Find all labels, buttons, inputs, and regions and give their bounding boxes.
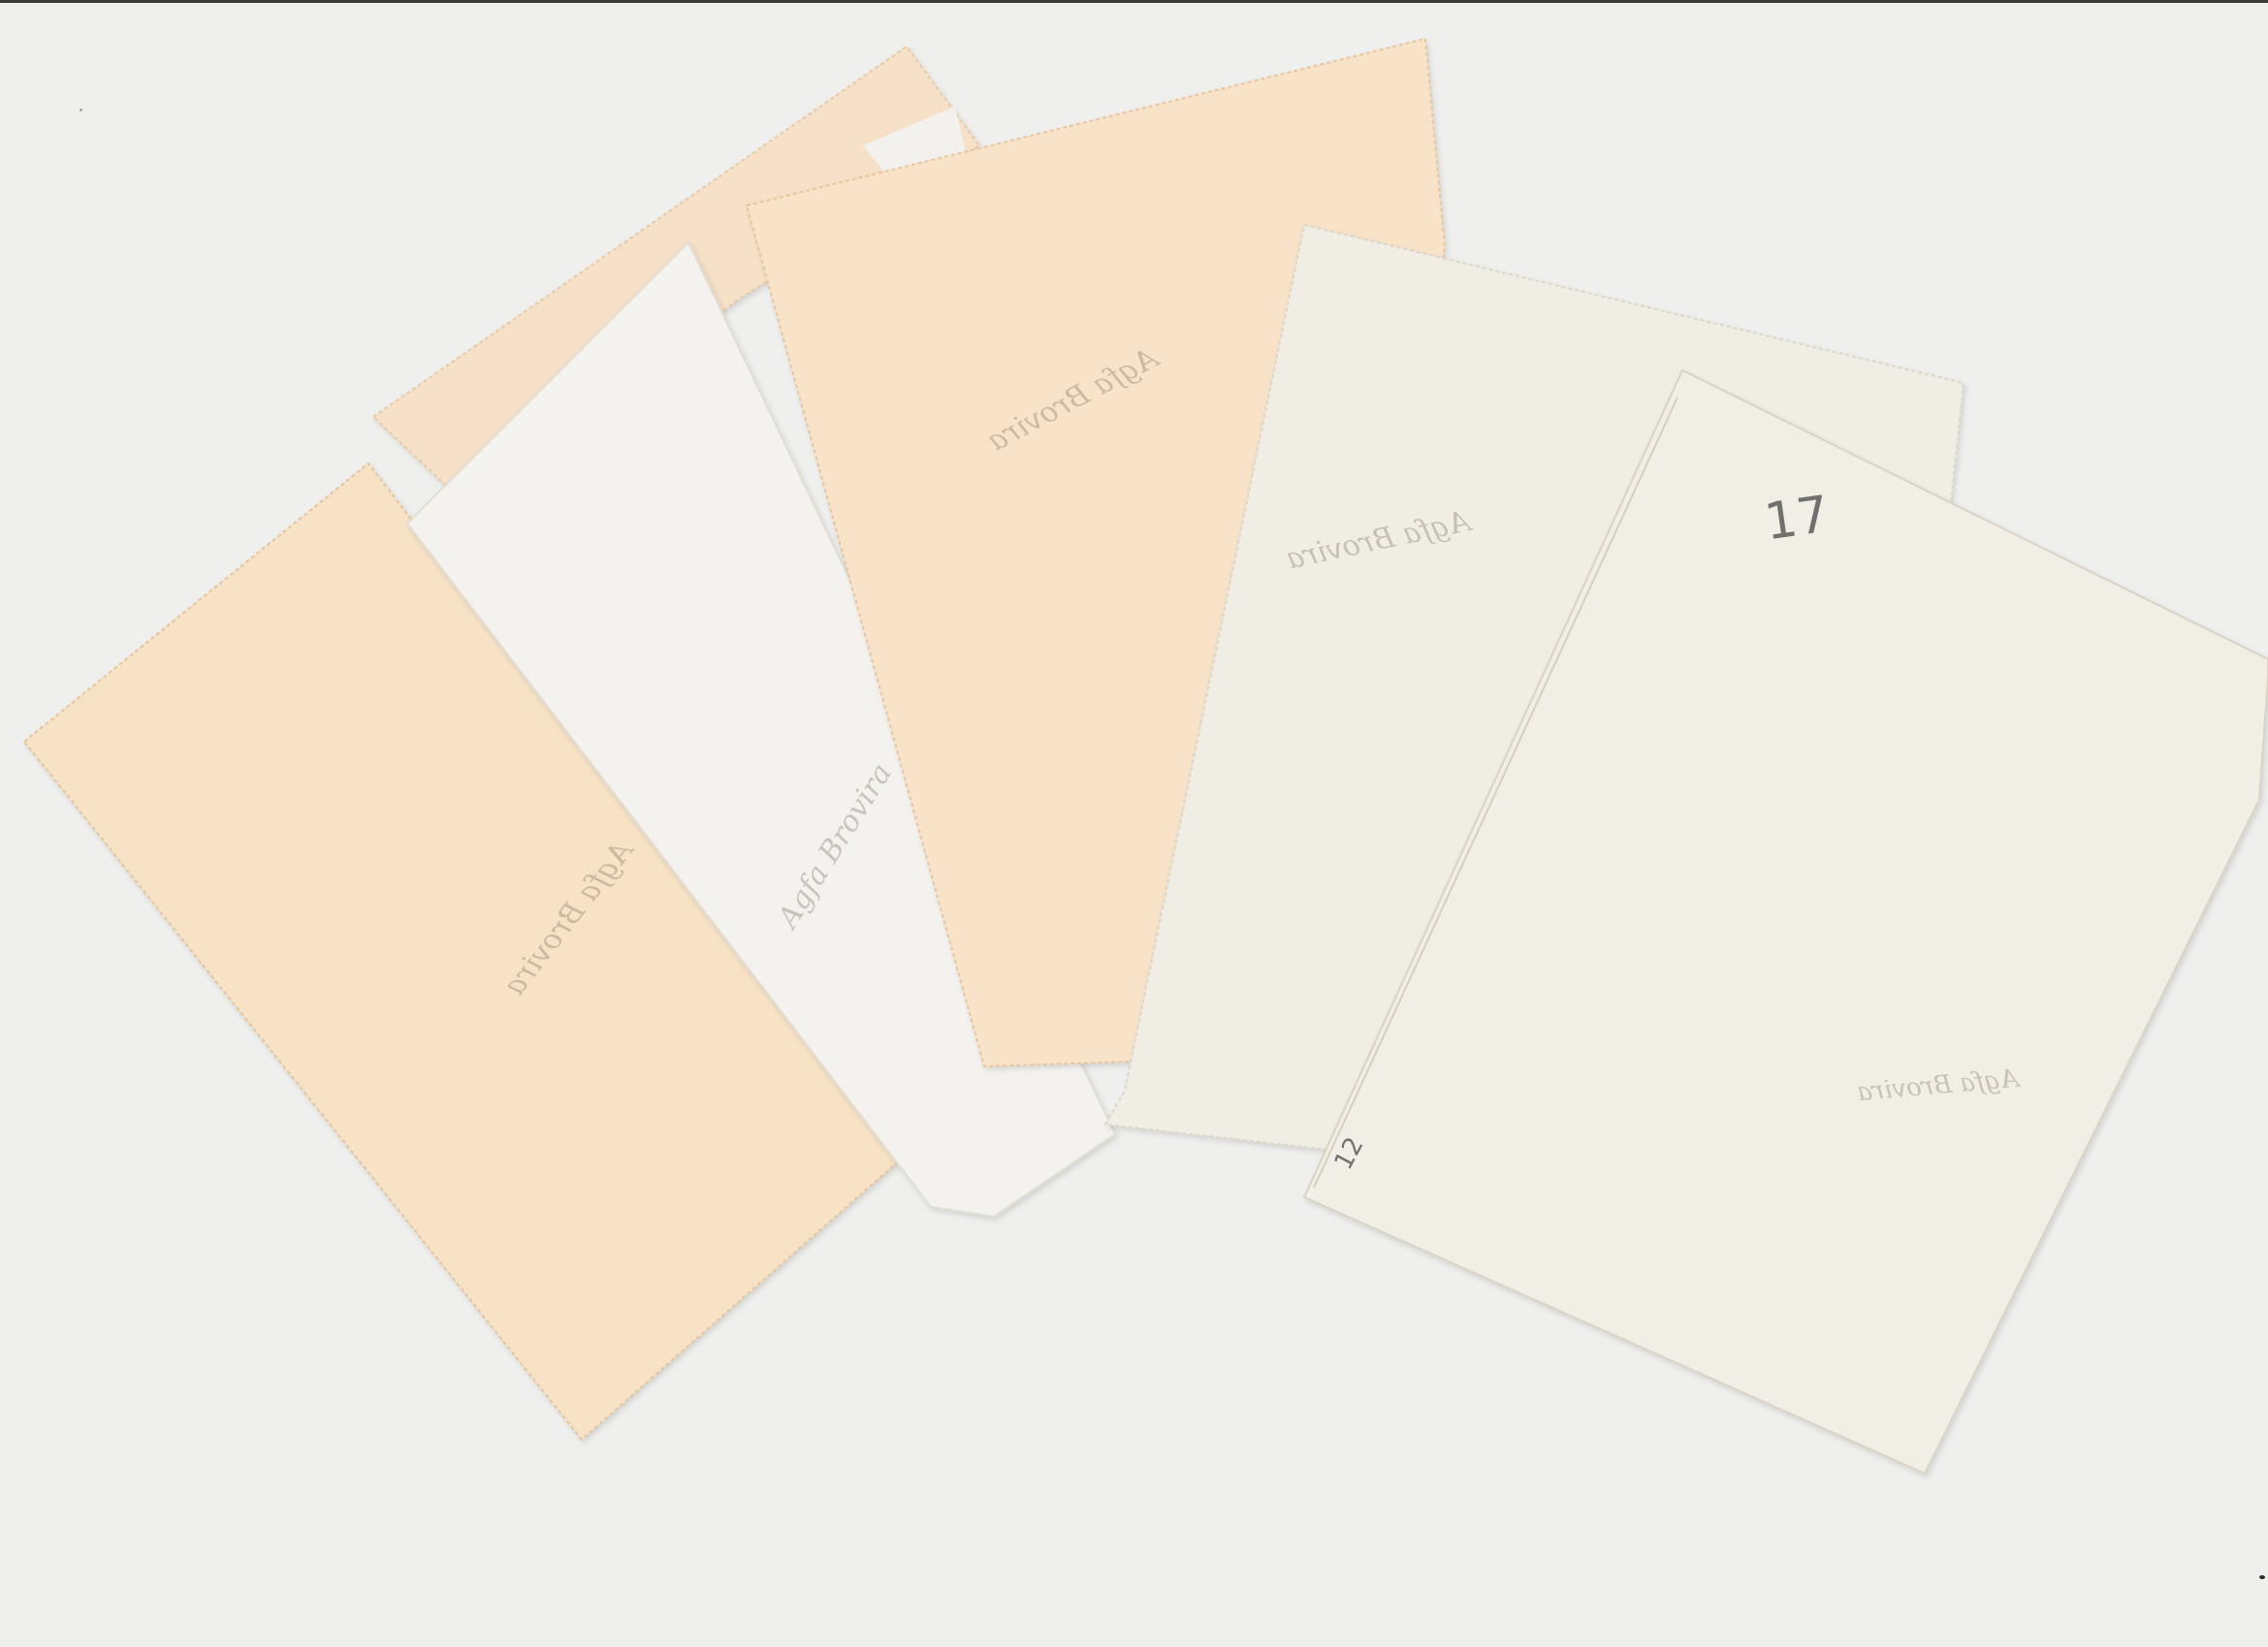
- dust-speck: [80, 109, 82, 111]
- scan-scene: Agfa Brovira Agfa Brovira Agfa Brovira A…: [0, 0, 2268, 1647]
- pencil-note-17: 17: [1761, 486, 1833, 553]
- dust-speck: [2259, 1575, 2265, 1579]
- photo-papers: [0, 0, 2268, 1647]
